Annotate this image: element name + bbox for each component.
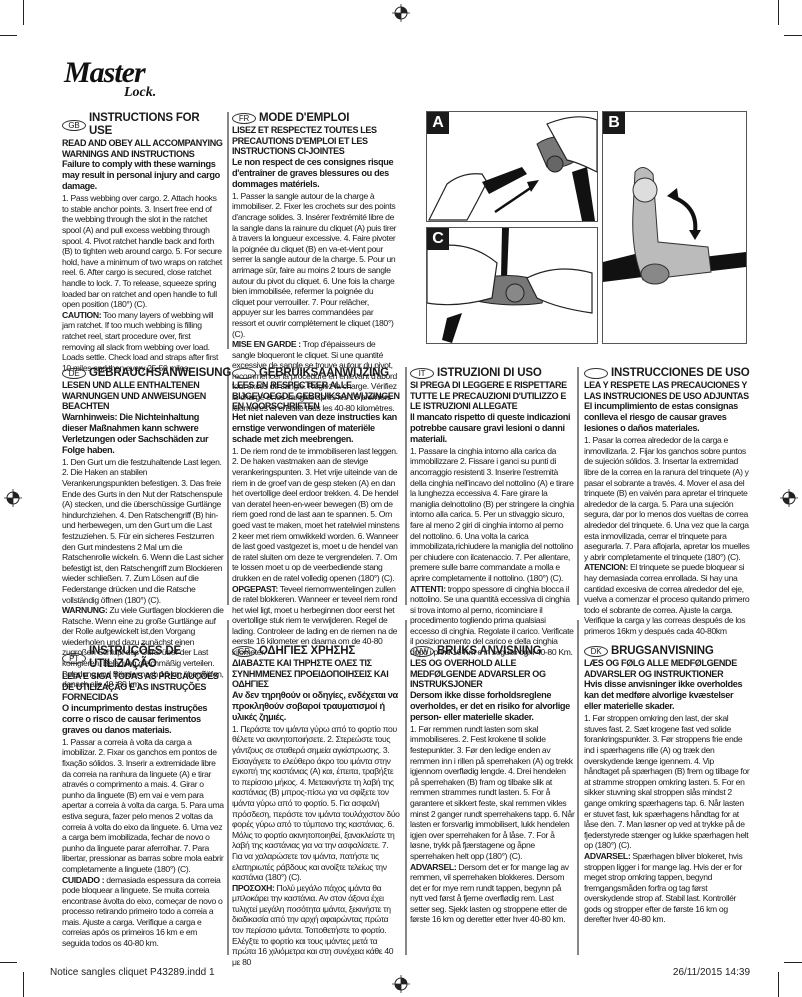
warning-caps: LEES EN RESPECTEER ALLE BIJGEVOEGDE GEBR…: [232, 380, 400, 412]
crop-mark: [23, 972, 24, 997]
crop-mark: [0, 35, 17, 36]
registration-mark-icon: [392, 4, 410, 22]
column-divider: [227, 112, 229, 349]
section-heading: FRMODE D'EMPLOI: [232, 112, 397, 125]
section-heading: GBINSTRUCTIONS FOR USE: [62, 112, 224, 138]
illustration-label: A: [427, 112, 449, 134]
section-title: ΟΔΗΓΙΕΣ ΧΡΗΣΗΣ: [259, 645, 355, 658]
logo-line1: Master: [64, 58, 164, 88]
column-divider: [227, 620, 229, 955]
warning-text: Il mancato rispetto di queste indicazion…: [410, 412, 575, 445]
warning-text: Failure to comply with these warnings ma…: [62, 159, 224, 192]
warning-caps: LES OG OVERHOLD ALLE MEDFØLGENDE ADVARSL…: [410, 658, 575, 690]
section-heading: PTINSTRUÇÕES DE UTILIZAÇÃO: [62, 645, 224, 671]
caution-label: ADVARSEL:: [584, 851, 630, 861]
language-badge: PT: [62, 653, 86, 664]
warning-text: Warnhinweis: Die Nichteinhaltung dieser …: [62, 412, 224, 456]
caution-label: CAUTION:: [62, 310, 101, 320]
crop-mark: [784, 962, 802, 963]
section-title: INSTRUÇÕES DE UTILIZAÇÃO: [89, 645, 224, 671]
caution-label: ΠΡΟΣΟΧΗ:: [232, 883, 274, 893]
language-badge: GB: [62, 120, 86, 131]
section-heading: DEGEBRAUCHSANWEISUNG: [62, 367, 224, 380]
registration-mark-icon: [780, 489, 798, 507]
language-badge: DE: [62, 368, 86, 379]
file-name: Notice sangles cliquet P43289.indd 1: [50, 967, 215, 978]
warning-caps: LÆS OG FØLG ALLE MEDFØLGENDE ADVARSLER O…: [584, 658, 750, 679]
section-gb: GBINSTRUCTIONS FOR USE READ AND OBEY ALL…: [62, 112, 224, 373]
caution-label: ATTENTI:: [410, 584, 446, 594]
caution-label: CUIDADO :: [62, 875, 104, 885]
instructions-text: 1. Den Gurt um die festzuhaltende Last l…: [62, 457, 224, 605]
crop-mark: [778, 972, 779, 997]
section-es: INSTRUCCIONES DE USO LEA Y RESPETE LAS P…: [584, 367, 750, 636]
section-it: ITISTRUZIONI DI USO SI PREGA DI LEGGERE …: [410, 367, 575, 658]
warning-text: Dersom ikke disse forholdsreglene overho…: [410, 690, 575, 723]
language-badge: IT: [410, 368, 434, 379]
instructions-text: 1. De riem rond de te immobiliseren last…: [232, 446, 400, 584]
section-nw: NWBRUKS ANVISNING LES OG OVERHOLD ALLE M…: [410, 645, 575, 925]
pivot-handle-illustration-icon: [603, 112, 746, 343]
caution-label: MISE EN GARDE :: [232, 339, 301, 349]
section-gr: GRΟΔΗΓΙΕΣ ΧΡΗΣΗΣ ΔΙΑΒΑΣΤΕ ΚΑΙ ΤΗΡΗΣΤΕ ΟΛ…: [232, 645, 400, 967]
column-divider: [405, 620, 407, 955]
column-divider: [577, 620, 579, 955]
language-badge: FR: [232, 113, 256, 124]
illustration-label: C: [427, 228, 449, 250]
warning-text: Le non respect de ces consignes risque d…: [232, 157, 397, 190]
warning-text: El incumplimiento de estas consignas con…: [584, 401, 750, 434]
warning-caps: LEIA E SIGA TODAS AS PRECAUÇÕES DE UTILI…: [62, 671, 224, 703]
section-heading: NWBRUKS ANVISNING: [410, 645, 575, 658]
language-badge: [584, 368, 608, 379]
logo-line2: Lock.: [124, 85, 156, 101]
warning-text: O incumprimento destas instruções corre …: [62, 703, 224, 736]
illustration-c: C: [426, 227, 598, 344]
section-title: BRUGSANVISNING: [611, 645, 714, 658]
print-date: 26/11/2015 14:39: [673, 967, 750, 978]
instructions-text: 1. Passare la cinghia intorno alla caric…: [410, 446, 575, 584]
crop-mark: [0, 962, 17, 963]
section-heading: INSTRUCCIONES DE USO: [584, 367, 750, 380]
column-divider: [405, 367, 407, 605]
section-title: GEBRUIKSAANWIJZING: [259, 367, 389, 380]
section-title: BRUKS ANVISNING: [437, 645, 542, 658]
illustration-label: B: [603, 112, 625, 134]
crop-mark: [778, 0, 779, 25]
master-lock-logo: Master Lock.: [64, 58, 164, 98]
column-divider: [227, 367, 229, 605]
instructions-text: 1. Pass webbing over cargo. 2. Attach ho…: [62, 193, 224, 310]
section-heading: GEBRUIKSAANWIJZING: [232, 367, 400, 380]
instructions-text: 1. Passar a correia à volta da carga a i…: [62, 737, 224, 875]
warning-caps: READ AND OBEY ALL ACCOMPANYING WARNINGS …: [62, 138, 224, 159]
language-badge: NW: [410, 646, 434, 657]
warning-text: Αν δεν τηρηθούν οι οδηγίες, ενδέχεται να…: [232, 690, 400, 723]
caution-label: ADVARSEL:: [410, 862, 456, 872]
caution-text: Spærhagen bliver blokeret, hvis stroppen…: [584, 851, 742, 925]
warning-caps: LEA Y RESPETE LAS PRECAUCIONES Y LAS INS…: [584, 380, 750, 401]
section-title: GEBRAUCHSANWEISUNG: [89, 367, 231, 380]
release-ratchet-illustration-icon: [427, 228, 597, 343]
warning-caps: ΔΙΑΒΑΣΤΕ ΚΑΙ ΤΗΡΗΣΤΕ ΟΛΕΣ ΤΙΣ ΣΥΝΗΜΜΕΝΕΣ…: [232, 658, 400, 690]
section-title: ISTRUZIONI DI USO: [437, 367, 542, 380]
instructions-text: 1. Før remmen rundt lasten som skal immo…: [410, 724, 575, 862]
crop-mark: [784, 35, 802, 36]
illustration-b: B: [602, 111, 747, 344]
section-title: MODE D'EMPLOI: [259, 112, 349, 125]
section-pt: PTINSTRUÇÕES DE UTILIZAÇÃO LEIA E SIGA T…: [62, 645, 224, 949]
instructions-text: 1. Passer la sangle autour de la charge …: [232, 191, 397, 339]
section-de: DEGEBRAUCHSANWEISUNG LESEN UND ALLE ENTH…: [62, 367, 224, 690]
crop-mark: [23, 0, 24, 25]
caution-label: WARNUNG:: [62, 605, 107, 615]
warning-caps: LISEZ ET RESPECTEZ TOUTES LES PRECAUTION…: [232, 125, 397, 157]
language-badge: GR: [232, 646, 256, 657]
language-badge: DK: [584, 646, 608, 657]
caution-text: Πολύ μεγάλο πάχος ιμάντα θα μπλοκάρει τη…: [232, 883, 393, 967]
insert-webbing-illustration-icon: [427, 112, 597, 221]
section-title: INSTRUCTIONS FOR USE: [89, 112, 224, 138]
language-badge: [232, 368, 256, 379]
section-title: INSTRUCCIONES DE USO: [611, 367, 750, 380]
section-dk: DKBRUGSANVISNING LÆS OG FØLG ALLE MEDFØL…: [584, 645, 750, 925]
warning-caps: LESEN UND ALLE ENTHALTENEN WARNUNGEN UND…: [62, 380, 224, 412]
section-heading: GRΟΔΗΓΙΕΣ ΧΡΗΣΗΣ: [232, 645, 400, 658]
caution-label: OPGEPAST:: [232, 584, 278, 594]
instructions-text: 1. Περάστε τον ιμάντα γύρω από το φορτίο…: [232, 724, 400, 883]
registration-mark-icon: [392, 975, 410, 993]
caution-text: demasiada espessura da correia pode bloq…: [62, 875, 222, 949]
warning-text: Hvis disse anvisninger ikke overholdes k…: [584, 679, 750, 712]
caution-label: ATENCION:: [584, 562, 628, 572]
illustration-a: A: [426, 111, 598, 222]
instructions-text: 1. Før stroppen omkring den last, der sk…: [584, 713, 750, 851]
section-nl: GEBRUIKSAANWIJZING LEES EN RESPECTEER AL…: [232, 367, 400, 658]
caution-text: El trinquete se puede bloquear si hay de…: [584, 562, 749, 636]
section-heading: ITISTRUZIONI DI USO: [410, 367, 575, 380]
registration-mark-icon: [4, 489, 22, 507]
column-divider: [577, 367, 579, 605]
warning-text: Het niet naleven van deze instructies ka…: [232, 412, 400, 445]
warning-caps: SI PREGA DI LEGGERE E RISPETTARE TUTTE L…: [410, 380, 575, 412]
instructions-text: 1. Pasar la correa alrededor de la carga…: [584, 435, 750, 562]
section-heading: DKBRUGSANVISNING: [584, 645, 750, 658]
